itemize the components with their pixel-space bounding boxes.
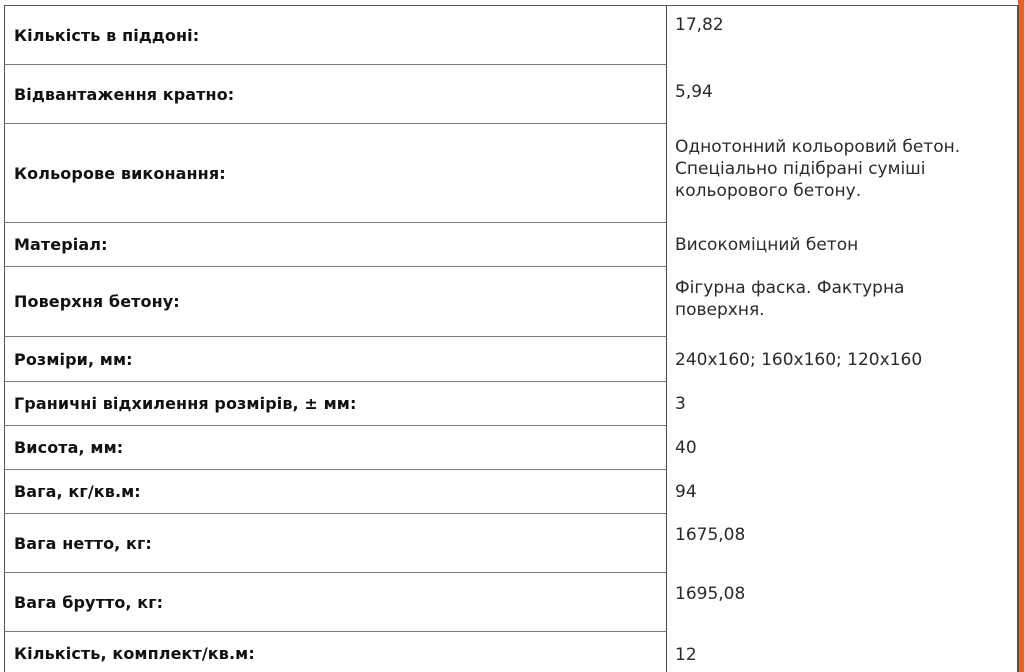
spec-label: Вага нетто, кг: xyxy=(5,514,667,573)
spec-label: Граничні відхилення розмірів, ± мм: xyxy=(5,382,667,426)
spec-row-sets-per-sqm: Кількість, комплект/кв.м: 12 xyxy=(5,632,1017,672)
spec-label: Вага брутто, кг: xyxy=(5,573,667,632)
spec-label: Кількість в піддоні: xyxy=(5,6,667,65)
spec-value: Однотонний кольоровий бетон. Спеціально … xyxy=(667,124,1017,223)
spec-row-net-weight: Вага нетто, кг: 1675,08 xyxy=(5,514,1017,573)
spec-label: Відвантаження кратно: xyxy=(5,65,667,124)
spec-row-material: Матеріал: Високоміцний бетон xyxy=(5,223,1017,267)
spec-value: 40 xyxy=(667,426,1017,470)
spec-value: Високоміцний бетон xyxy=(667,223,1017,267)
spec-row-gross-weight: Вага брутто, кг: 1695,08 xyxy=(5,573,1017,632)
spec-label: Розміри, мм: xyxy=(5,337,667,382)
spec-value: 1695,08 xyxy=(667,573,1017,632)
spec-row-dimensions: Розміри, мм: 240x160; 160x160; 120x160 xyxy=(5,337,1017,382)
spec-row-shipment-multiple: Відвантаження кратно: 5,94 xyxy=(5,65,1017,124)
spec-row-pallet-quantity: Кількість в піддоні: 17,82 xyxy=(5,6,1017,65)
spec-table: Кількість в піддоні: 17,82 Відвантаження… xyxy=(4,5,1019,672)
spec-label: Кольорове виконання: xyxy=(5,124,667,223)
spec-label: Висота, мм: xyxy=(5,426,667,470)
spec-label: Поверхня бетону: xyxy=(5,267,667,337)
spec-row-dimension-tolerance: Граничні відхилення розмірів, ± мм: 3 xyxy=(5,382,1017,426)
product-spec-page: Кількість в піддоні: 17,82 Відвантаження… xyxy=(0,0,1024,672)
spec-label: Матеріал: xyxy=(5,223,667,267)
spec-row-color-finish: Кольорове виконання: Однотонний кольоров… xyxy=(5,124,1017,223)
spec-row-concrete-surface: Поверхня бетону: Фігурна фаска. Фактурна… xyxy=(5,267,1017,337)
spec-label: Вага, кг/кв.м: xyxy=(5,470,667,514)
spec-value: 1675,08 xyxy=(667,514,1017,573)
spec-label: Кількість, комплект/кв.м: xyxy=(5,632,667,672)
spec-value: 240x160; 160x160; 120x160 xyxy=(667,337,1017,382)
spec-value: Фігурна фаска. Фактурна поверхня. xyxy=(667,267,1017,337)
spec-value: 17,82 xyxy=(667,6,1017,65)
spec-value: 3 xyxy=(667,382,1017,426)
spec-row-weight-per-sqm: Вага, кг/кв.м: 94 xyxy=(5,470,1017,514)
spec-row-height: Висота, мм: 40 xyxy=(5,426,1017,470)
spec-value: 94 xyxy=(667,470,1017,514)
spec-value: 5,94 xyxy=(667,65,1017,124)
spec-value: 12 xyxy=(667,632,1017,672)
